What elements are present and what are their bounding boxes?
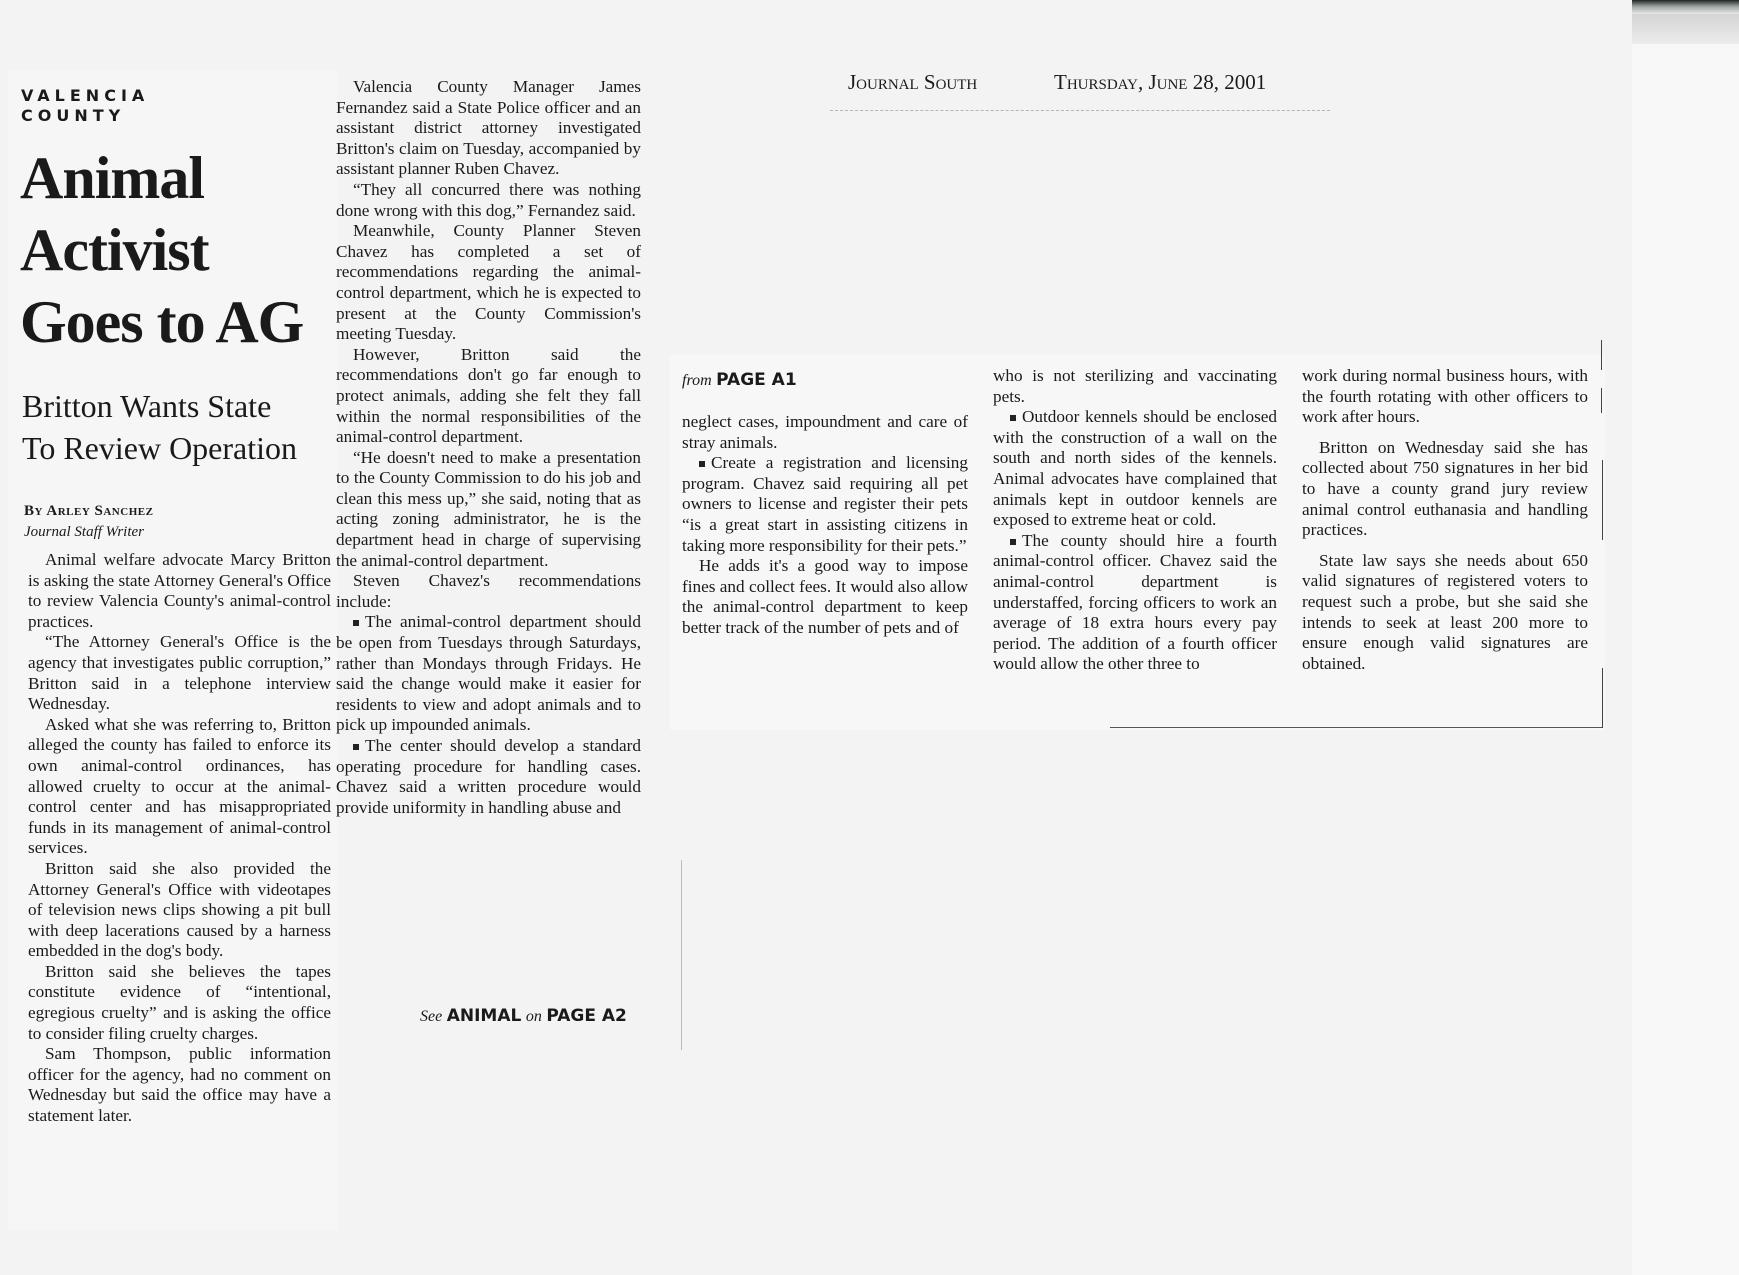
headline-line: Animal (20, 142, 340, 214)
byline: By Arley Sanchez (24, 503, 153, 520)
paragraph: Valencia County Manager James Fernandez … (336, 77, 641, 180)
bullet-paragraph: The center should develop a standard ope… (336, 736, 641, 818)
jump-page: PAGE A2 (546, 1006, 627, 1026)
kicker-line: COUNTY (21, 106, 221, 126)
publication-date: Thursday, June 28, 2001 (1054, 70, 1266, 95)
scanner-edge-shadow (1632, 0, 1739, 14)
paragraph: Britton on Wednesday said she has collec… (1302, 438, 1588, 541)
column-rule (1602, 668, 1603, 728)
section-name: Journal South (848, 70, 977, 95)
paragraph: work during normal business hours, with … (1302, 366, 1588, 428)
continuation-column-1: neglect cases, impoundment and care of s… (682, 412, 968, 639)
subheadline-line: To Review Operation (22, 427, 342, 469)
paragraph: Animal welfare advocate Marcy Britton is… (28, 550, 331, 632)
jump-keyword: ANIMAL (447, 1006, 522, 1026)
paragraph: “They all concurred there was nothing do… (336, 180, 641, 221)
column-rule (1601, 340, 1602, 370)
paragraph: Asked what she was referring to, Britton… (28, 715, 331, 859)
bullet-icon (699, 461, 705, 467)
article-column-1: Animal welfare advocate Marcy Britton is… (28, 550, 331, 1127)
jump-from: from (682, 372, 712, 389)
kicker-line: VALENCIA (21, 86, 221, 106)
continuation-column-3: work during normal business hours, with … (1302, 366, 1588, 674)
paragraph: However, Britton said the recommendation… (336, 345, 641, 448)
bottom-rule (1110, 727, 1602, 728)
section-kicker: VALENCIA COUNTY (21, 86, 221, 126)
column-rule (681, 860, 682, 1050)
bullet-icon (1010, 415, 1016, 421)
headline: Animal Activist Goes to AG (20, 142, 340, 358)
bullet-text: Create a registration and licensing prog… (682, 453, 968, 554)
paragraph: He adds it's a good way to impose fines … (682, 556, 968, 638)
paragraph: State law says she needs about 650 valid… (1302, 551, 1588, 675)
bullet-text: Outdoor kennels should be enclosed with … (993, 407, 1277, 529)
jump-line-from: from PAGE A1 (682, 369, 797, 390)
continuation-column-2: who is not sterilizing and vaccinating p… (993, 366, 1277, 675)
paragraph: “The Attorney General's Office is the ag… (28, 632, 331, 714)
jump-page: PAGE A1 (716, 370, 797, 390)
jump-see: See (420, 1008, 442, 1025)
bullet-text: The county should hire a fourth animal-c… (993, 531, 1277, 674)
column-rule (1602, 460, 1603, 540)
bullet-paragraph: The county should hire a fourth animal-c… (993, 531, 1277, 675)
paragraph: neglect cases, impoundment and care of s… (682, 412, 968, 453)
bullet-paragraph: The animal-control department should be … (336, 612, 641, 736)
paragraph: Meanwhile, County Planner Steven Chavez … (336, 221, 641, 345)
paragraph: who is not sterilizing and vaccinating p… (993, 366, 1277, 407)
jump-line-continued[interactable]: See ANIMAL on PAGE A2 (420, 1005, 627, 1026)
bullet-text: The animal-control department should be … (336, 612, 641, 734)
article-column-2: Valencia County Manager James Fernandez … (336, 77, 641, 818)
jump-on: on (526, 1008, 542, 1025)
bullet-icon (1010, 539, 1016, 545)
subheadline: Britton Wants State To Review Operation (22, 385, 342, 469)
column-rule (1601, 388, 1602, 413)
headline-line: Goes to AG (20, 286, 340, 358)
bullet-text: The center should develop a standard ope… (336, 736, 641, 817)
bullet-paragraph: Outdoor kennels should be enclosed with … (993, 407, 1277, 531)
bullet-icon (353, 744, 359, 750)
masthead-rule (830, 110, 1330, 111)
paragraph: Britton said she believes the tapes cons… (28, 962, 331, 1044)
headline-line: Activist (20, 214, 340, 286)
subheadline-line: Britton Wants State (22, 385, 342, 427)
bullet-icon (353, 620, 359, 626)
byline-title: Journal Staff Writer (24, 524, 144, 541)
scan-margin (1632, 0, 1739, 1275)
bullet-paragraph: Create a registration and licensing prog… (682, 453, 968, 556)
paragraph: Sam Thompson, public information officer… (28, 1044, 331, 1126)
paragraph: Steven Chavez's recommendations include: (336, 571, 641, 612)
scanner-edge-gradient (1632, 14, 1739, 44)
paragraph: “He doesn't need to make a presentation … (336, 448, 641, 572)
paragraph: Britton said she also provided the Attor… (28, 859, 331, 962)
